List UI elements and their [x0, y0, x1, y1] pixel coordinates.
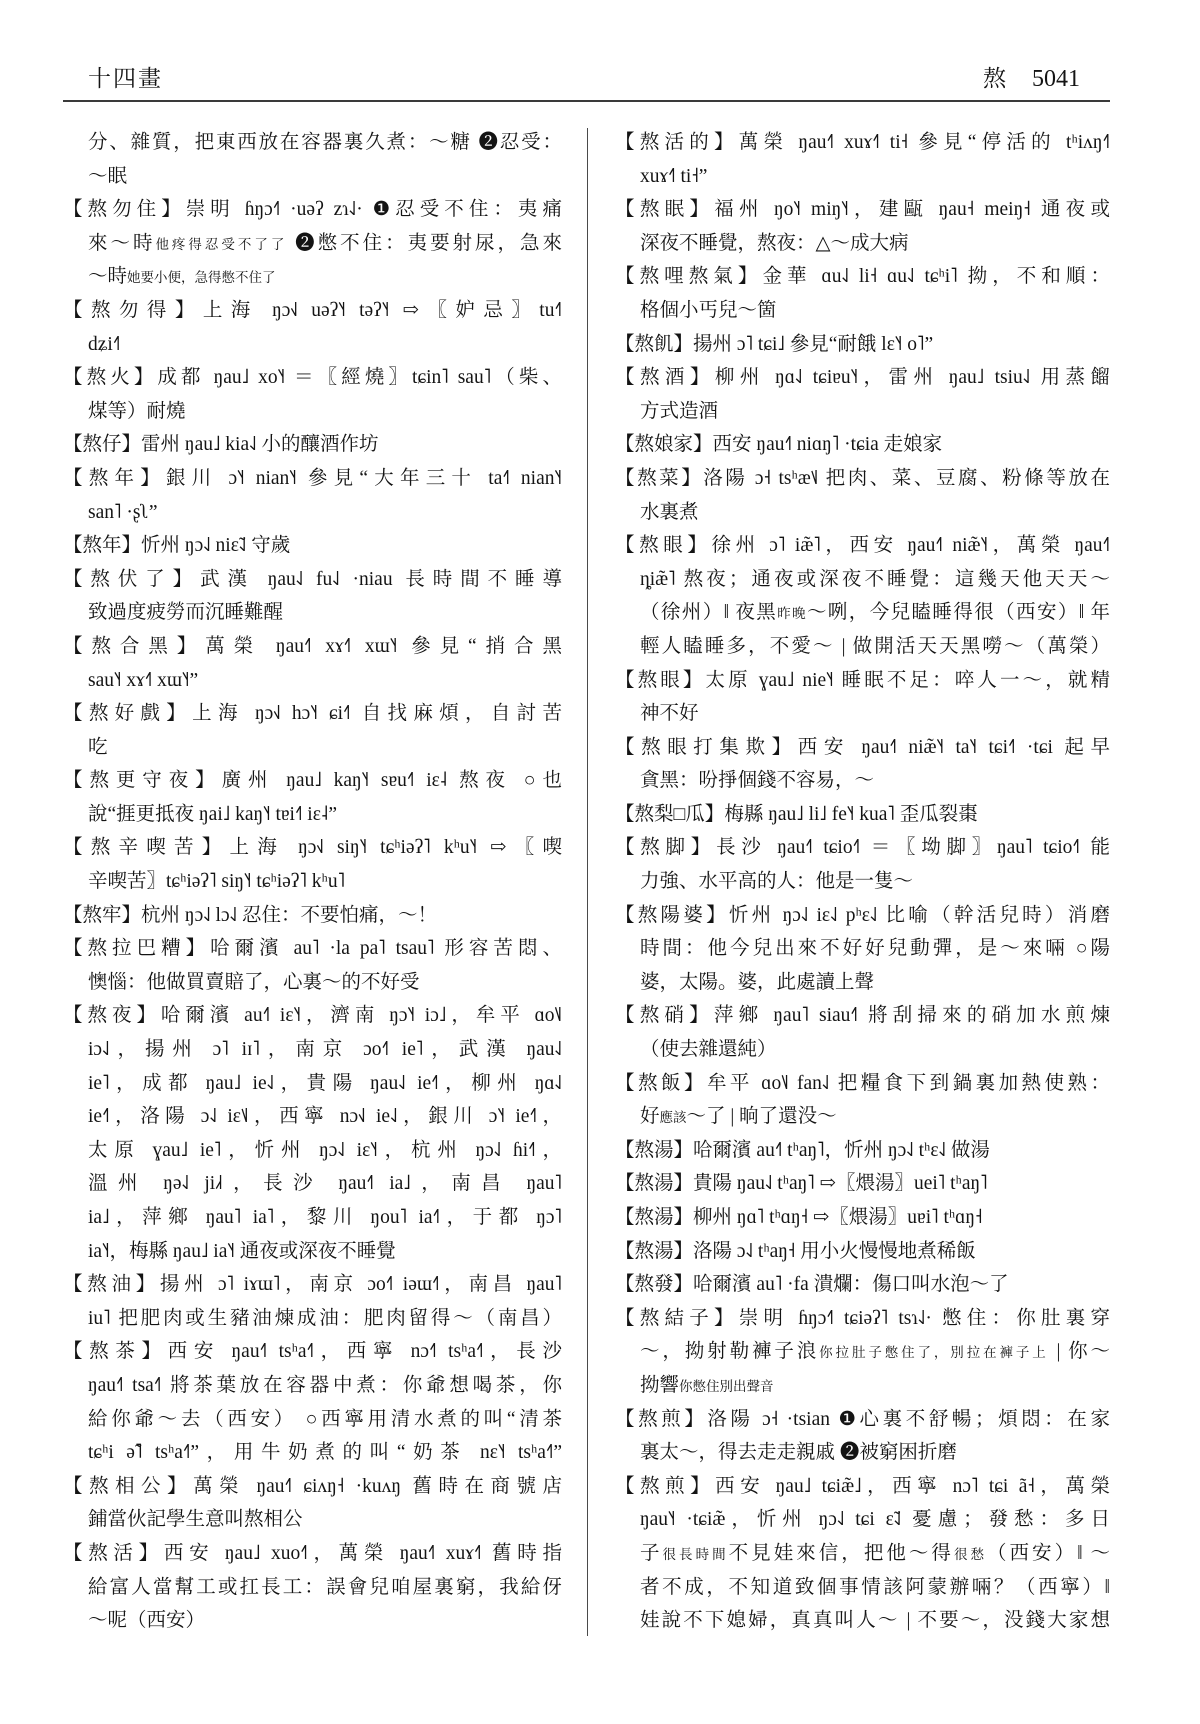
- entry-headword: 熬眼: [615, 670, 706, 691]
- continuation-line: 辛喫苦〗tɕʰiəʔ˥ siŋ˥˧ tɕʰiəʔ˥ kʰu˥: [63, 865, 562, 899]
- entry-line: 熬眼打集欺西安 ŋau˧˥ niæ̃˥˧ ta˥˧ tɕi˧˥ ·tɕi 起早: [615, 731, 1110, 765]
- entry-headword: 熬更守夜: [63, 770, 222, 791]
- continuation-line: 貪黑：吩掙個錢不容易，～: [615, 764, 1110, 798]
- line-text: ～了 | 晌了還没～: [687, 1106, 837, 1127]
- entry-line: 熬煎洛陽 ɔ˧ ·tsian ❶心裏不舒暢；煩悶：在家: [615, 1403, 1110, 1437]
- entry-line: 熬眼徐州 ɔ˥ iæ̃˥，西安 ŋau˧˥ niæ̃˥˧，萬榮 ŋau˧˥: [615, 529, 1110, 563]
- entry-headword: 熬牢: [63, 905, 141, 926]
- continuation-line: ia˩，萍鄉 ŋau˥ ia˥，黎川 ŋou˥ ia˧˥，于都 ŋɔ˥: [63, 1201, 562, 1235]
- line-text: ～咧，今兒瞌睡得很（西安）‖ 年: [807, 602, 1110, 623]
- entry-text: 揚州 ɔ˥ tɕi˩ 參見“耐餓 lɛ˥˧ o˥”: [693, 334, 933, 355]
- entry-line: 熬娘家西安 ŋau˧˥ niɑŋ˥ ·tɕia 走娘家: [615, 428, 1110, 462]
- entry-line: 熬眼太原 ɣau˩ nie˥˧ 睡眠不足：啐人一～，就精: [615, 664, 1110, 698]
- continuation-line: xuɤ˧˥ ti˧”: [615, 160, 1110, 194]
- entry-headword: 熬茶: [63, 1341, 168, 1362]
- entry-line: 熬飯牟平 ɑo˥˩ fan˨˩ 把糧食下到鍋裏加熱使熟：: [615, 1067, 1110, 1101]
- line-text: ❷憋不住：夷要射尿，急來: [287, 233, 562, 254]
- continuation-line: 溫州 ŋə˨˩ ji˩˧，長沙 ŋau˧˥ ia˩，南昌 ŋau˥: [63, 1167, 562, 1201]
- entry-text: 揚州 ɔ˥ iɤɯ˥，南京 ɔo˧˥ iəɯ˧˥，南昌 ŋau˥: [160, 1274, 562, 1295]
- continuation-line: 者不成，不知道致個事情該阿蒙辦啢？（西寧）‖: [615, 1571, 1110, 1605]
- entry-line: 熬湯柳州 ŋɑ˥ tʰɑŋ˧ ⇨〖煨湯〗uɐi˥ tʰɑŋ˧: [615, 1201, 1110, 1235]
- entry-line: 熬湯貴陽 ŋau˨˩ tʰaŋ˥ ⇨〖煨湯〗uei˥ tʰaŋ˥: [615, 1167, 1110, 1201]
- continuation-line: 給富人當幫工或扛長工：誤會兒咱屋裏窮，我給伢: [63, 1571, 562, 1605]
- line-text: ～，拗射勒褲子浪: [640, 1341, 819, 1362]
- entry-line: 熬活西安 ŋau˩ xuo˧˥，萬榮 ŋau˧˥ xuɤ˧˥ 舊時指: [63, 1537, 562, 1571]
- entry-headword: 熬哩熬氣: [615, 266, 762, 287]
- entry-line: 熬好戲上海 ŋɔ˧˩ hɔ˥˧ ɕi˧˥ 自找麻煩，自討苦: [63, 697, 562, 731]
- continuation-line: 力強、水平高的人：他是一隻～: [615, 865, 1110, 899]
- entry-line: 熬脚長沙 ŋau˧˥ tɕio˧˥ ＝〖坳脚〗ŋau˥ tɕio˧˥ 能: [615, 831, 1110, 865]
- entry-line: 熬酒柳州 ŋɑ˨˩ tɕiɐu˥˧，雷州 ŋau˩ tsiu˨˩ 用蒸餾: [615, 361, 1110, 395]
- section-label: 十四畫: [88, 64, 163, 94]
- entry-text: 萬榮 ŋau˧˥ xuɤ˧˥ ti˧ 參見“停活的 tʰiʌŋ˧˥: [739, 132, 1110, 153]
- page-number: 5041: [1032, 64, 1080, 94]
- gloss-text: 他疼得忍受不了了: [155, 237, 287, 252]
- entry-headword: 熬活的: [615, 132, 739, 153]
- entry-text: 銀川 ɔ˥˧ nian˥˧ 參見“大年三十 ta˧˥ nian˥˧: [166, 468, 562, 489]
- entry-headword: 熬好戲: [63, 703, 192, 724]
- entry-line: 熬年銀川 ɔ˥˧ nian˥˧ 參見“大年三十 ta˧˥ nian˥˧: [63, 462, 562, 496]
- entry-text: 柳州 ŋɑ˥ tʰɑŋ˧ ⇨〖煨湯〗uɐi˥ tʰɑŋ˧: [693, 1207, 982, 1228]
- entry-line: 熬眠福州 ŋo˥˧ miŋ˥˧，建甌 ŋau˧ meiŋ˧ 通夜或: [615, 193, 1110, 227]
- gloss-text: 很長時間: [663, 1547, 729, 1562]
- continuation-line: san˥ ·ʂʅ”: [63, 496, 562, 530]
- entry-text: 西安 ŋau˧˥ niæ̃˥˧ ta˥˧ tɕi˧˥ ·tɕi 起早: [798, 737, 1110, 758]
- entry-text: 牟平 ɑo˥˩ fan˨˩ 把糧食下到鍋裏加熱使熟：: [707, 1073, 1110, 1094]
- entry-line: 熬合黑萬榮 ŋau˧˥ xɤ˧˥ xɯ˥˧ 參見“捎合黑: [63, 630, 562, 664]
- continuation-line: 神不好: [615, 697, 1110, 731]
- entry-line: 熬辛喫苦上海 ŋɔ˧˩ siŋ˥˧ tɕʰiəʔ˥ kʰu˥˧ ⇨〖喫: [63, 831, 562, 865]
- entry-line: 熬飢揚州 ɔ˥ tɕi˩ 參見“耐餓 lɛ˥˧ o˥”: [615, 328, 1110, 362]
- entry-headword: 熬眼打集欺: [615, 737, 798, 758]
- entry-text: 上海 ŋɔ˧˩ hɔ˥˧ ɕi˧˥ 自找麻煩，自討苦: [192, 703, 562, 724]
- entry-text: 西安 ŋau˧˥ niɑŋ˥ ·tɕia 走娘家: [713, 434, 943, 455]
- continuation-line: ie˥，成都 ŋau˩ ie˨˩，貴陽 ŋau˨˩ ie˧˥，柳州 ŋɑ˨˩: [63, 1067, 562, 1101]
- line-text: 好: [640, 1106, 660, 1127]
- running-headword: 熬: [983, 64, 1006, 94]
- continuation-line: ŋau˥˧ ·tɕiæ̃，忻州 ŋɔ˨˩ tɕi ɛ̃˨˩ 憂慮；發愁：多日: [615, 1503, 1110, 1537]
- continuation-line: ia˥˧，梅縣 ŋau˩ ia˥˧ 通夜或深夜不睡覺: [63, 1235, 562, 1269]
- continuation-line: 致過度疲勞而沉睡難醒: [63, 596, 562, 630]
- entry-text: 萍鄉 ŋau˥ siau˧˥ 將刮掃來的硝加水煎煉: [714, 1005, 1110, 1026]
- entry-line: 熬更守夜廣州 ŋau˩ kaŋ˥˧ sɐu˧˥ iɛ˨ 熬夜 ○也: [63, 764, 562, 798]
- entry-text: 雷州 ŋau˩ kia˨˩ 小的釀酒作坊: [141, 434, 378, 455]
- continuation-line: 格個小丐兒～箇: [615, 294, 1110, 328]
- entry-line: 熬湯哈爾濱 au˧˥ tʰaŋ˥，忻州 ŋɔ˨˩ tʰɛ˨˩ 做湯: [615, 1134, 1110, 1168]
- entry-text: 哈爾濱 au˥ ·la pa˥ tsau˥ 形容苦悶、: [210, 938, 562, 959]
- continuation-line: 鋪當伙記學生意叫熬相公: [63, 1503, 562, 1537]
- continuation-line: ～呢（西安）: [63, 1604, 562, 1638]
- entry-line: 熬年忻州 ŋɔ˨˩ niɛ̃˨˩ 守歲: [63, 529, 562, 563]
- entry-line: 熬陽婆忻州 ŋɔ˨˩ iɛ˨˩ pʰɛ˨˩ 比喻（幹活兒時）消磨: [615, 899, 1110, 933]
- header-rule: [63, 100, 1110, 102]
- right-column: 熬活的萬榮 ŋau˧˥ xuɤ˧˥ ti˧ 參見“停活的 tʰiʌŋ˧˥ xuɤ…: [615, 126, 1110, 1638]
- entry-line: 熬伏了武漢 ŋau˨˩ fu˨˩ ·niau 長時間不睡導: [63, 563, 562, 597]
- line-text: | 你～: [1049, 1341, 1110, 1362]
- gloss-text: 很愁: [954, 1547, 987, 1562]
- entry-headword: 熬火: [63, 367, 157, 388]
- entry-text: 貴陽 ŋau˨˩ tʰaŋ˥ ⇨〖煨湯〗uei˥ tʰaŋ˥: [693, 1173, 988, 1194]
- entry-headword: 熬相公: [63, 1476, 193, 1497]
- continuation-line: 太原 ɣau˩ ie˥，忻州 ŋɔ˨˩ iɛ˥˧，杭州 ŋɔ˨˩ ɦi˧˥，: [63, 1134, 562, 1168]
- entry-line: 熬發哈爾濱 au˥ ·fa 潰爛：傷口叫水泡～了: [615, 1268, 1110, 1302]
- entry-line: 熬牢杭州 ŋɔ˨˩ lɔ˨˩ 忍住：不要怕痛，～！: [63, 899, 562, 933]
- entry-headword: 熬湯: [615, 1207, 693, 1228]
- gloss-text: 昨晚: [777, 606, 807, 621]
- entry-headword: 熬發: [615, 1274, 693, 1295]
- entry-text: 洛陽 ɔ˧ ·tsian ❶心裏不舒暢；煩悶：在家: [707, 1409, 1110, 1430]
- entry-text: 徐州 ɔ˥ iæ̃˥，西安 ŋau˧˥ niæ̃˥˧，萬榮 ŋau˧˥: [712, 535, 1110, 556]
- entry-text: 哈爾濱 au˧˥ iɛ˥˧，濟南 ŋɔ˥˧ iɔ˩，牟平 ɑo˥˩: [161, 1005, 562, 1026]
- entry-headword: 熬娘家: [615, 434, 713, 455]
- entry-text: 洛陽 ɔ˨˩ tʰaŋ˧ 用小火慢慢地煮稀飯: [693, 1241, 976, 1262]
- continuation-line: 婆，太陽。婆，此處讀上聲: [615, 966, 1110, 1000]
- continuation-line: 來～時他疼得忍受不了了 ❷憋不住：夷要射尿，急來: [63, 227, 562, 261]
- entry-text: 哈爾濱 au˥ ·fa 潰爛：傷口叫水泡～了: [693, 1274, 1009, 1295]
- entry-headword: 熬陽婆: [615, 905, 729, 926]
- entry-text: 柳州 ŋɑ˨˩ tɕiɐu˥˧，雷州 ŋau˩ tsiu˨˩ 用蒸餾: [715, 367, 1110, 388]
- line-text: 來～時: [88, 233, 155, 254]
- continuation-line: 深夜不睡覺，熬夜：△～成大病: [615, 227, 1110, 261]
- continuation-line: 拗響你憋住別出聲音: [615, 1369, 1110, 1403]
- continuation-line: 水裏煮: [615, 496, 1110, 530]
- continuation-line: 懊惱：他做買賣賠了，心裏～的不好受: [63, 966, 562, 1000]
- entry-text: 洛陽 ɔ˧ tsʰæ˦˩ 把肉、菜、豆腐、粉條等放在: [703, 468, 1110, 489]
- gloss-text: 你拉肚子憋住了，別拉在褲子上: [819, 1345, 1049, 1360]
- line-text: ～時: [88, 266, 127, 287]
- entry-text: 長沙 ŋau˧˥ tɕio˧˥ ＝〖坳脚〗ŋau˥ tɕio˧˥ 能: [716, 837, 1110, 858]
- entry-text: 萬榮 ŋau˧˥ xɤ˧˥ xɯ˥˧ 參見“捎合黑: [205, 636, 562, 657]
- continuation-line: 吃: [63, 731, 562, 765]
- entry-line: 熬拉巴糟哈爾濱 au˥ ·la pa˥ tsau˥ 形容苦悶、: [63, 932, 562, 966]
- line-text: （西安）‖ ～: [987, 1543, 1110, 1564]
- entry-headword: 熬勿得: [63, 300, 203, 321]
- entry-headword: 熬硝: [615, 1005, 714, 1026]
- entry-text: 西安 ŋau˩ xuo˧˥，萬榮 ŋau˧˥ xuɤ˧˥ 舊時指: [164, 1543, 562, 1564]
- entry-text: 福州 ŋo˥˧ miŋ˥˧，建甌 ŋau˧ meiŋ˧ 通夜或: [714, 199, 1110, 220]
- entry-headword: 熬湯: [615, 1241, 693, 1262]
- entry-line: 熬油揚州 ɔ˥ iɤɯ˥，南京 ɔo˧˥ iəɯ˧˥，南昌 ŋau˥: [63, 1268, 562, 1302]
- gloss-text: 你憋住別出聲音: [679, 1379, 774, 1394]
- entry-text: 西安 ŋau˧˥ tsʰa˧˥，西寧 nɔ˧˥ tsʰa˧˥，長沙: [168, 1341, 562, 1362]
- entry-line: 熬勿住崇明 ɦŋɔ˧˥ ·uəʔ zɿ˨˩· ❶忍受不住：夷痛: [63, 193, 562, 227]
- entry-text: 忻州 ŋɔ˨˩ niɛ̃˨˩ 守歲: [141, 535, 290, 556]
- continuation-line: 分、雜質，把東西放在容器裏久煮：～糖 ❷忍受：: [63, 126, 562, 160]
- entry-headword: 熬煎: [615, 1476, 715, 1497]
- entry-text: 崇明 ɦŋɔ˧˥ tɕiəʔ˥ tsɿ˨˩· 憋住：你肚裏穿: [739, 1308, 1110, 1329]
- entry-text: 哈爾濱 au˧˥ tʰaŋ˥，忻州 ŋɔ˨˩ tʰɛ˨˩ 做湯: [693, 1140, 990, 1161]
- entry-headword: 熬夜: [63, 1005, 161, 1026]
- entry-headword: 熬仔: [63, 434, 141, 455]
- entry-line: 熬硝萍鄉 ŋau˥ siau˧˥ 將刮掃來的硝加水煎煉: [615, 999, 1110, 1033]
- entry-text: 崇明 ɦŋɔ˧˥ ·uəʔ zɿ˨˩· ❶忍受不住：夷痛: [186, 199, 562, 220]
- entry-headword: 熬飢: [615, 334, 693, 355]
- entry-text: 上海 ŋɔ˧˩ siŋ˥˧ tɕʰiəʔ˥ kʰu˥˧ ⇨〖喫: [229, 837, 562, 858]
- left-column: 分、雜質，把東西放在容器裏久煮：～糖 ❷忍受： ～眠 熬勿住崇明 ɦŋɔ˧˥ ·…: [63, 126, 562, 1638]
- continuation-line: iu˥ 把肥肉或生豬油煉成油：肥肉留得～（南昌）: [63, 1302, 562, 1336]
- continuation-line: （使去雜還純）: [615, 1033, 1110, 1067]
- entry-line: 熬茶西安 ŋau˧˥ tsʰa˧˥，西寧 nɔ˧˥ tsʰa˧˥，長沙: [63, 1335, 562, 1369]
- gloss-text: 應該: [660, 1110, 687, 1125]
- entry-headword: 熬湯: [615, 1173, 693, 1194]
- entry-text: 萬榮 ŋau˧˥ ɕiʌŋ˧ ·kuʌŋ 舊時在商號店: [193, 1476, 562, 1497]
- entry-headword: 熬酒: [615, 367, 715, 388]
- entry-line: 熬仔雷州 ŋau˩ kia˨˩ 小的釀酒作坊: [63, 428, 562, 462]
- continuation-line: 給你爺～去（西安） ○西寧用清水煮的叫“清茶: [63, 1403, 562, 1437]
- entry-headword: 熬活: [63, 1543, 164, 1564]
- continuation-line: 輕人瞌睡多，不愛～ | 做開活天天黑嘮～（萬榮）: [615, 630, 1110, 664]
- entry-headword: 熬拉巴糟: [63, 938, 210, 959]
- entry-line: 熬哩熬氣金華 ɑu˨˩ li˧ ɑu˨˩ tɕʰi˥ 拗，不和順：: [615, 260, 1110, 294]
- entry-headword: 熬合黑: [63, 636, 205, 657]
- continuation-line: 娃說不下媳婦，真真叫人～ | 不要～，没錢大家想: [615, 1604, 1110, 1638]
- entry-headword: 熬脚: [615, 837, 716, 858]
- entry-text: 上海 ŋɔ˧˩ uəʔ˥˧ təʔ˥˧ ⇨〖妒忌〗tu˧˥: [203, 300, 562, 321]
- entry-line: 熬湯洛陽 ɔ˨˩ tʰaŋ˧ 用小火慢慢地煮稀飯: [615, 1235, 1110, 1269]
- continuation-line: ～眠: [63, 160, 562, 194]
- entry-line: 熬勿得上海 ŋɔ˧˩ uəʔ˥˧ təʔ˥˧ ⇨〖妒忌〗tu˧˥: [63, 294, 562, 328]
- entry-line: 熬結子崇明 ɦŋɔ˧˥ tɕiəʔ˥ tsɿ˨˩· 憋住：你肚裏穿: [615, 1302, 1110, 1336]
- entry-text: 金華 ɑu˨˩ li˧ ɑu˨˩ tɕʰi˥ 拗，不和順：: [762, 266, 1110, 287]
- continuation-line: 方式造酒: [615, 395, 1110, 429]
- continuation-line: ～，拗射勒褲子浪你拉肚子憋住了，別拉在褲子上 | 你～: [615, 1335, 1110, 1369]
- entry-headword: 熬眠: [615, 199, 714, 220]
- entry-text: 西安 ŋau˩ tɕiæ̃˩，西寧 nɔ˥ tɕi ã˧，萬榮: [715, 1476, 1110, 1497]
- entry-headword: 熬梨□瓜: [615, 804, 724, 825]
- line-text: 不見娃來信，把他～得: [729, 1543, 954, 1564]
- entry-headword: 熬伏了: [63, 569, 200, 590]
- entry-headword: 熬飯: [615, 1073, 707, 1094]
- entry-headword: 熬年: [63, 535, 141, 556]
- gloss-text: 她要小便，急得憋不住了: [127, 270, 276, 285]
- running-head: 熬 5041: [983, 64, 1080, 94]
- entry-headword: 熬菜: [615, 468, 703, 489]
- continuation-line: ie˧˥，洛陽 ɔ˨˩ iɛ˦˩，西寧 nɔ˧˩ ie˨˩，銀川 ɔ˥˧ ie˧…: [63, 1100, 562, 1134]
- entry-line: 熬煎西安 ŋau˩ tɕiæ̃˩，西寧 nɔ˥ tɕi ã˧，萬榮: [615, 1470, 1110, 1504]
- continuation-line: tɕʰi ə̃˥ tsʰa˧˥”，用牛奶煮的叫“奶茶 nɛ˥˧ tsʰa˧˥”: [63, 1436, 562, 1470]
- entry-text: 太原 ɣau˩ nie˥˧ 睡眠不足：啐人一～，就精: [706, 670, 1110, 691]
- entry-headword: 熬辛喫苦: [63, 837, 229, 858]
- line-text: （徐州）‖ 夜黑: [640, 602, 777, 623]
- entry-headword: 熬眼: [615, 535, 712, 556]
- continuation-line: 煤等）耐燒: [63, 395, 562, 429]
- entry-headword: 熬年: [63, 468, 166, 489]
- continuation-line: ～時她要小便，急得憋不住了: [63, 260, 562, 294]
- entry-line: 熬相公萬榮 ŋau˧˥ ɕiʌŋ˧ ·kuʌŋ 舊時在商號店: [63, 1470, 562, 1504]
- entry-headword: 熬勿住: [63, 199, 186, 220]
- entry-text: 杭州 ŋɔ˨˩ lɔ˨˩ 忍住：不要怕痛，～！: [141, 905, 437, 926]
- entry-headword: 熬煎: [615, 1409, 707, 1430]
- continuation-line: 子很長時間不見娃來信，把他～得很愁（西安）‖ ～: [615, 1537, 1110, 1571]
- continuation-line: 好應該～了 | 晌了還没～: [615, 1100, 1110, 1134]
- entry-line: 熬梨□瓜梅縣 ŋau˩ li˩ fe˥˧ kua˥ 歪瓜裂棗: [615, 798, 1110, 832]
- entry-text: 梅縣 ŋau˩ li˩ fe˥˧ kua˥ 歪瓜裂棗: [724, 804, 977, 825]
- entry-headword: 熬結子: [615, 1308, 739, 1329]
- entry-text: 廣州 ŋau˩ kaŋ˥˧ sɐu˧˥ iɛ˨ 熬夜 ○也: [222, 770, 562, 791]
- entry-text: 武漢 ŋau˨˩ fu˨˩ ·niau 長時間不睡導: [200, 569, 562, 590]
- entry-text: 忻州 ŋɔ˨˩ iɛ˨˩ pʰɛ˨˩ 比喻（幹活兒時）消磨: [729, 905, 1110, 926]
- continuation-line: ȵiæ̃˥ 熬夜；通夜或深夜不睡覺：這幾天他天天～: [615, 563, 1110, 597]
- entry-line: 熬夜哈爾濱 au˧˥ iɛ˥˧，濟南 ŋɔ˥˧ iɔ˩，牟平 ɑo˥˩: [63, 999, 562, 1033]
- continuation-line: dʑi˧˥: [63, 328, 562, 362]
- entry-headword: 熬湯: [615, 1140, 693, 1161]
- entry-text: 成都 ŋau˩ xo˥˧ ＝〖經燒〗tɕin˥ sau˥（柴、: [157, 367, 562, 388]
- column-divider: [587, 128, 588, 1636]
- continuation-line: 裏太～，得去走走親戚 ❷被窮困折磨: [615, 1436, 1110, 1470]
- entry-line: 熬火成都 ŋau˩ xo˥˧ ＝〖經燒〗tɕin˥ sau˥（柴、: [63, 361, 562, 395]
- entry-line: 熬活的萬榮 ŋau˧˥ xuɤ˧˥ ti˧ 參見“停活的 tʰiʌŋ˧˥: [615, 126, 1110, 160]
- continuation-line: （徐州）‖ 夜黑昨晚～咧，今兒瞌睡得很（西安）‖ 年: [615, 596, 1110, 630]
- continuation-line: 時間：他今兒出來不好好兒動彈，是～來啢 ○陽: [615, 932, 1110, 966]
- line-text: 子: [640, 1543, 663, 1564]
- continuation-line: sau˥˧ xɤ˧˥ xɯ˥˧”: [63, 664, 562, 698]
- continuation-line: iɔ˨˩，揚州 ɔ˥ iɪ˥，南京 ɔo˧˥ ie˥，武漢 ŋau˨˩: [63, 1033, 562, 1067]
- entry-line: 熬菜洛陽 ɔ˧ tsʰæ˦˩ 把肉、菜、豆腐、粉條等放在: [615, 462, 1110, 496]
- continuation-line: 說“捱更抵夜 ŋai˩ kaŋ˥˧ tɐi˧˥ iɛ˨”: [63, 798, 562, 832]
- line-text: 拗響: [640, 1375, 679, 1396]
- continuation-line: ŋau˧˥ tsa˧˥ 將茶葉放在容器中煮：你爺想喝茶，你: [63, 1369, 562, 1403]
- entry-headword: 熬油: [63, 1274, 160, 1295]
